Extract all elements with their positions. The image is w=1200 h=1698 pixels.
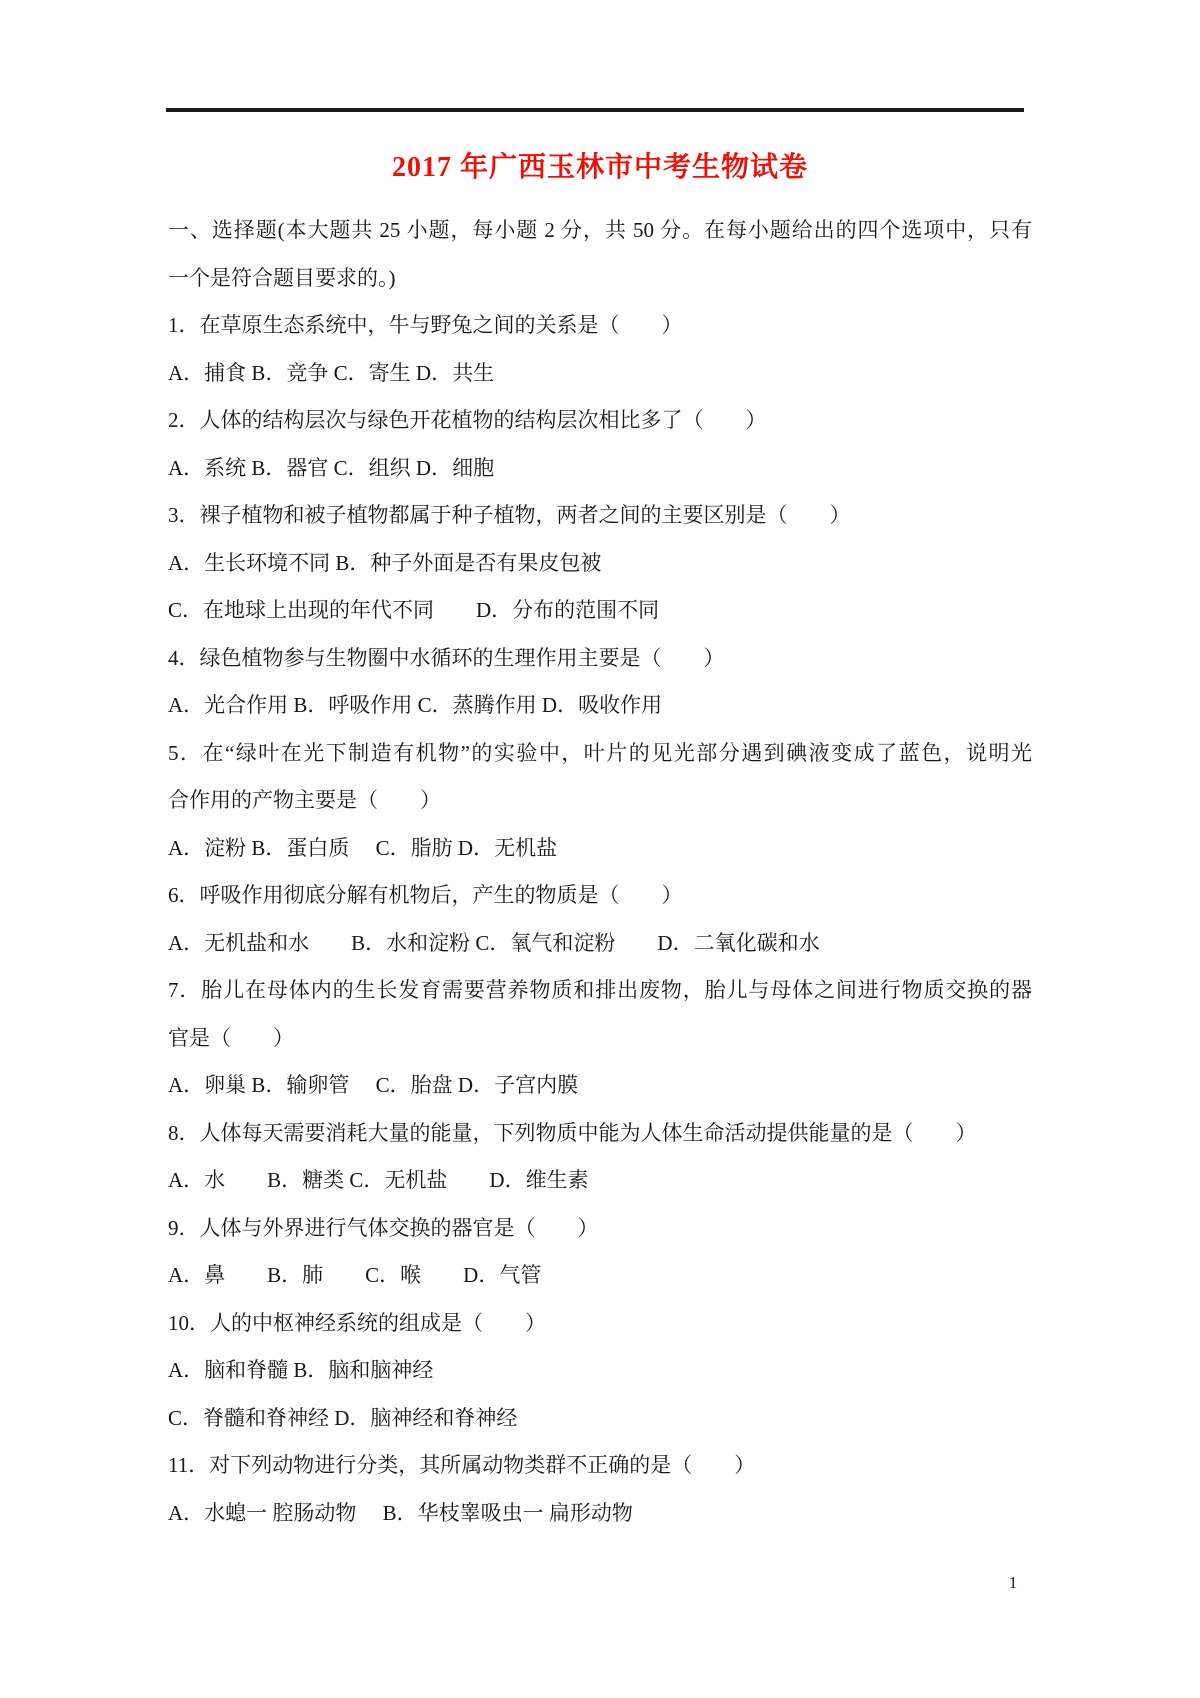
question-7-stem-line-2: 官是（ ） [168, 1015, 1032, 1063]
page-number: 1 [963, 1571, 1063, 1595]
question-5-options: A．淀粉 B．蛋白质 C．脂肪 D．无机盐 [168, 825, 1032, 873]
section-header-line-1: 一、选择题(本大题共 25 小题，每小题 2 分，共 50 分。在每小题给出的四… [168, 207, 1032, 255]
section-header-line-2: 一个是符合题目要求的。) [168, 255, 1032, 303]
question-6-options: A．无机盐和水 B．水和淀粉 C．氧气和淀粉 D．二氧化碳和水 [168, 920, 1032, 968]
question-11-stem: 11．对下列动物进行分类，其所属动物类群不正确的是（ ） [168, 1442, 1032, 1490]
exam-document-page: 2017 年广西玉林市中考生物试卷 一、选择题(本大题共 25 小题，每小题 2… [0, 0, 1200, 1698]
exam-body: 一、选择题(本大题共 25 小题，每小题 2 分，共 50 分。在每小题给出的四… [168, 207, 1032, 1537]
question-8-options: A．水 B．糖类 C．无机盐 D．维生素 [168, 1157, 1032, 1205]
question-3-stem: 3．裸子植物和被子植物都属于种子植物，两者之间的主要区别是（ ） [168, 492, 1032, 540]
question-7-stem-line-1: 7．胎儿在母体内的生长发育需要营养物质和排出废物，胎儿与母体之间进行物质交换的器 [168, 967, 1032, 1015]
question-10-options-cd: C．脊髓和脊神经 D．脑神经和脊神经 [168, 1395, 1032, 1443]
question-10-options-ab: A．脑和脊髓 B．脑和脑神经 [168, 1347, 1032, 1395]
question-5-stem-line-1: 5．在“绿叶在光下制造有机物”的实验中，叶片的见光部分遇到碘液变成了蓝色，说明光 [168, 730, 1032, 778]
question-9-stem: 9．人体与外界进行气体交换的器官是（ ） [168, 1205, 1032, 1253]
question-3-options-ab: A．生长环境不同 B．种子外面是否有果皮包被 [168, 540, 1032, 588]
question-10-stem: 10．人的中枢神经系统的组成是（ ） [168, 1300, 1032, 1348]
question-6-stem: 6．呼吸作用彻底分解有机物后，产生的物质是（ ） [168, 872, 1032, 920]
question-9-options: A．鼻 B．肺 C．喉 D．气管 [168, 1252, 1032, 1300]
question-4-options: A．光合作用 B．呼吸作用 C．蒸腾作用 D．吸收作用 [168, 682, 1032, 730]
question-11-options: A．水螅一 腔肠动物 B．华枝睾吸虫一 扁形动物 [168, 1490, 1032, 1538]
question-2-options: A．系统 B．器官 C．组织 D．细胞 [168, 445, 1032, 493]
exam-title: 2017 年广西玉林市中考生物试卷 [168, 148, 1032, 188]
question-2-stem: 2．人体的结构层次与绿色开花植物的结构层次相比多了（ ） [168, 397, 1032, 445]
header-rule [166, 108, 1024, 112]
question-3-options-cd: C．在地球上出现的年代不同 D．分布的范围不同 [168, 587, 1032, 635]
question-1-stem: 1．在草原生态系统中，牛与野兔之间的关系是（ ） [168, 302, 1032, 350]
question-8-stem: 8．人体每天需要消耗大量的能量，下列物质中能为人体生命活动提供能量的是（ ） [168, 1110, 1032, 1158]
question-1-options: A．捕食 B．竞争 C．寄生 D．共生 [168, 350, 1032, 398]
question-4-stem: 4．绿色植物参与生物圈中水循环的生理作用主要是（ ） [168, 635, 1032, 683]
question-5-stem-line-2: 合作用的产物主要是（ ） [168, 777, 1032, 825]
question-7-options: A．卵巢 B．输卵管 C．胎盘 D．子宫内膜 [168, 1062, 1032, 1110]
